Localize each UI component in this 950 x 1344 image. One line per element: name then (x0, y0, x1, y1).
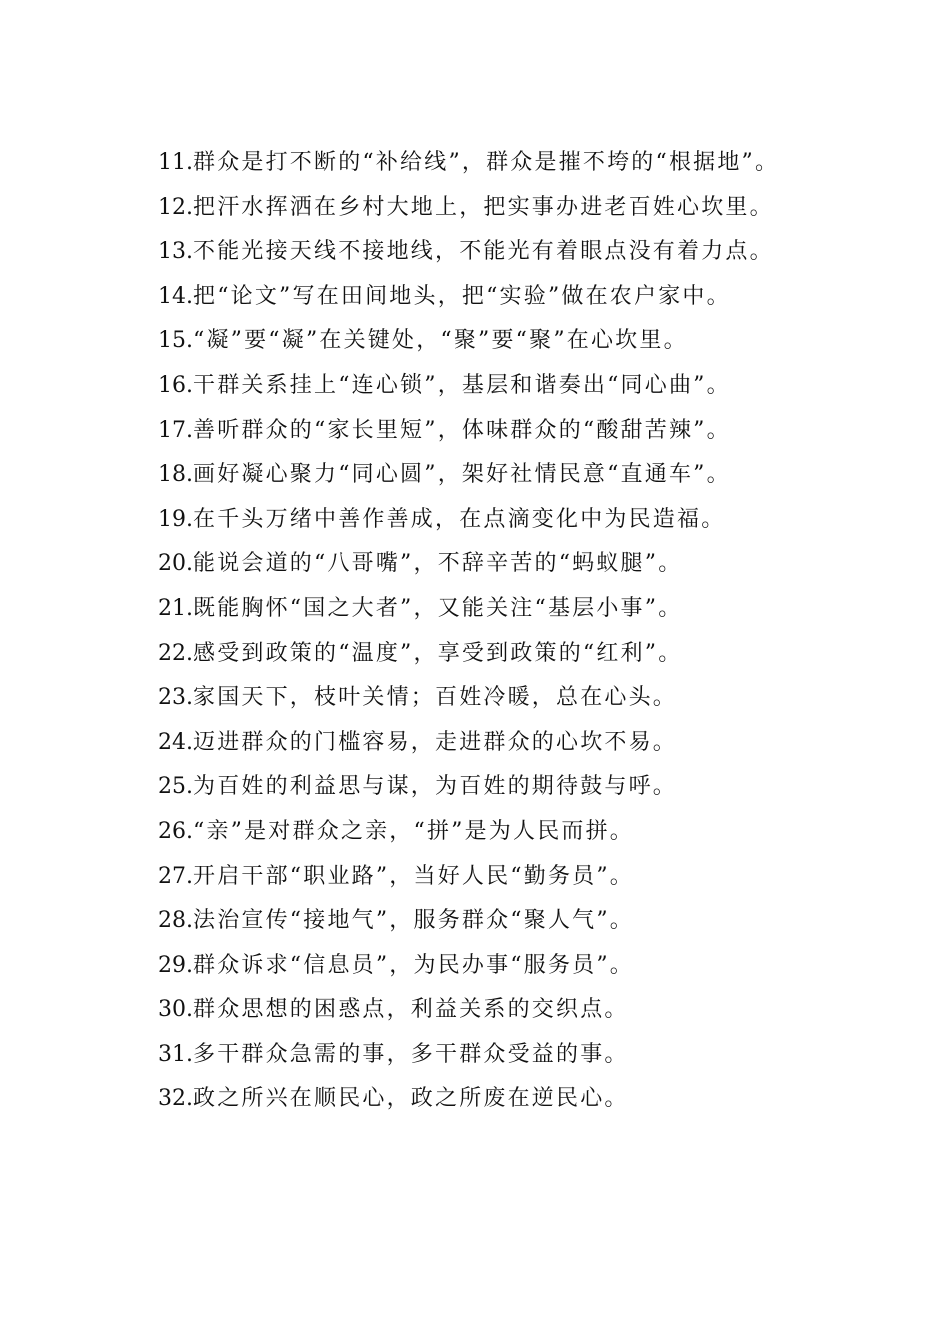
item-text: 在千头万绪中善作善成，在点滴变化中为民造福。 (193, 507, 725, 532)
list-item: 14.把“论文”写在田间地头，把“实验”做在农户家中。 (118, 275, 830, 320)
list-item: 17.善听群众的“家长里短”，体味群众的“酸甜苦辣”。 (118, 409, 830, 454)
list-item: 16.干群关系挂上“连心锁”，基层和谐奏出“同心曲”。 (118, 364, 830, 409)
item-text: 迈进群众的门槛容易，走进群众的心坎不易。 (193, 730, 677, 755)
item-number: 22. (158, 641, 193, 666)
list-item: 23.家国天下，枝叶关情；百姓冷暖，总在心头。 (118, 676, 830, 721)
item-number: 25. (158, 774, 193, 799)
list-item: 20.能说会道的“八哥嘴”，不辞辛苦的“蚂蚁腿”。 (118, 542, 830, 587)
list-item: 18.画好凝心聚力“同心圆”，架好社情民意“直通车”。 (118, 453, 830, 498)
item-text: 开启干部“职业路”，当好人民“勤务员”。 (193, 864, 634, 889)
document-page: 11.群众是打不断的“补给线”，群众是摧不垮的“根据地”。 12.把汗水挥洒在乡… (118, 141, 830, 1122)
item-text: 既能胸怀“国之大者”，又能关注“基层小事”。 (193, 596, 682, 621)
item-text: 群众思想的困惑点，利益关系的交织点。 (193, 997, 629, 1022)
item-text: 为百姓的利益思与谋，为百姓的期待鼓与呼。 (193, 774, 677, 799)
item-text: 能说会道的“八哥嘴”，不辞辛苦的“蚂蚁腿”。 (193, 551, 682, 576)
item-text: 群众是打不断的“补给线”，群众是摧不垮的“根据地”。 (193, 150, 779, 175)
list-item: 27.开启干部“职业路”，当好人民“勤务员”。 (118, 855, 830, 900)
item-number: 11. (158, 150, 193, 175)
item-number: 12. (158, 195, 193, 220)
item-text: 群众诉求“信息员”，为民办事“服务员”。 (193, 953, 634, 978)
item-number: 29. (158, 953, 193, 978)
list-item: 30.群众思想的困惑点，利益关系的交织点。 (118, 988, 830, 1033)
list-item: 24.迈进群众的门槛容易，走进群众的心坎不易。 (118, 721, 830, 766)
item-number: 23. (158, 685, 193, 710)
list-item: 28.法治宣传“接地气”，服务群众“聚人气”。 (118, 899, 830, 944)
item-text: 把汗水挥洒在乡村大地上，把实事办进老百姓心坎里。 (193, 195, 774, 220)
item-text: “亲”是对群众之亲，“拼”是为人民而拼。 (193, 819, 634, 844)
list-item: 11.群众是打不断的“补给线”，群众是摧不垮的“根据地”。 (118, 141, 830, 186)
item-text: 把“论文”写在田间地头，把“实验”做在农户家中。 (193, 284, 731, 309)
item-number: 31. (158, 1042, 193, 1067)
item-text: 感受到政策的“温度”，享受到政策的“红利”。 (193, 641, 682, 666)
item-number: 16. (158, 373, 193, 398)
item-text: 政之所兴在顺民心，政之所废在逆民心。 (193, 1086, 629, 1111)
list-item: 29.群众诉求“信息员”，为民办事“服务员”。 (118, 944, 830, 989)
item-text: 画好凝心聚力“同心圆”，架好社情民意“直通车”。 (193, 462, 731, 487)
item-number: 28. (158, 908, 193, 933)
item-number: 17. (158, 418, 193, 443)
item-text: “凝”要“凝”在关键处，“聚”要“聚”在心坎里。 (193, 328, 688, 353)
list-item: 13.不能光接天线不接地线，不能光有着眼点没有着力点。 (118, 230, 830, 275)
list-item: 32.政之所兴在顺民心，政之所废在逆民心。 (118, 1077, 830, 1122)
list-item: 26.“亲”是对群众之亲，“拼”是为人民而拼。 (118, 810, 830, 855)
item-text: 多干群众急需的事，多干群众受益的事。 (193, 1042, 629, 1067)
item-number: 26. (158, 819, 193, 844)
item-number: 14. (158, 284, 193, 309)
list-item: 25.为百姓的利益思与谋，为百姓的期待鼓与呼。 (118, 765, 830, 810)
list-item: 21.既能胸怀“国之大者”，又能关注“基层小事”。 (118, 587, 830, 632)
item-number: 30. (158, 997, 193, 1022)
list-item: 12.把汗水挥洒在乡村大地上，把实事办进老百姓心坎里。 (118, 186, 830, 231)
list-item: 22.感受到政策的“温度”，享受到政策的“红利”。 (118, 632, 830, 677)
item-number: 24. (158, 730, 193, 755)
item-number: 20. (158, 551, 193, 576)
item-number: 21. (158, 596, 193, 621)
item-number: 32. (158, 1086, 193, 1111)
item-number: 19. (158, 507, 193, 532)
item-number: 13. (158, 239, 193, 264)
item-number: 27. (158, 864, 193, 889)
item-text: 法治宣传“接地气”，服务群众“聚人气”。 (193, 908, 634, 933)
item-number: 15. (158, 328, 193, 353)
item-text: 善听群众的“家长里短”，体味群众的“酸甜苦辣”。 (193, 418, 731, 443)
list-item: 15.“凝”要“凝”在关键处，“聚”要“聚”在心坎里。 (118, 319, 830, 364)
list-item: 19.在千头万绪中善作善成，在点滴变化中为民造福。 (118, 498, 830, 543)
item-text: 不能光接天线不接地线，不能光有着眼点没有着力点。 (193, 239, 774, 264)
item-text: 家国天下，枝叶关情；百姓冷暖，总在心头。 (193, 685, 677, 710)
item-text: 干群关系挂上“连心锁”，基层和谐奏出“同心曲”。 (193, 373, 731, 398)
list-item: 31.多干群众急需的事，多干群众受益的事。 (118, 1033, 830, 1078)
item-number: 18. (158, 462, 193, 487)
